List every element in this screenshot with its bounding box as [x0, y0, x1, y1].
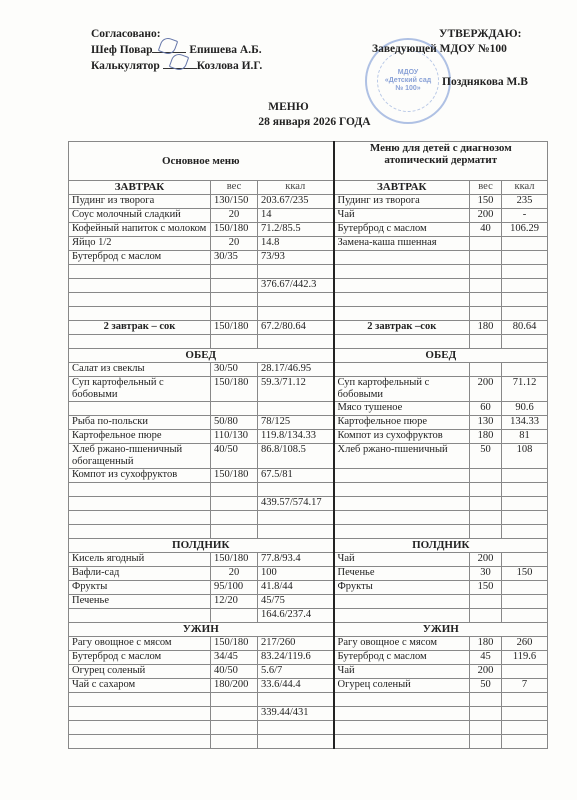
dish-name	[69, 483, 211, 497]
dish-kcal	[258, 402, 334, 416]
dish-kcal	[502, 237, 548, 251]
dish-name	[334, 265, 470, 279]
dish-kcal: 260	[502, 637, 548, 651]
dish-weight	[470, 735, 502, 749]
menu-row: Рагу овощное с мясом150/180217/260Рагу о…	[69, 637, 548, 651]
dish-kcal	[502, 721, 548, 735]
dish-name: Фрукты	[334, 581, 470, 595]
dish-weight	[470, 293, 502, 307]
menu-row: Салат из свеклы30/5028.17/46.95	[69, 363, 548, 377]
dish-kcal	[502, 265, 548, 279]
dish-kcal: 106.29	[502, 223, 548, 237]
dish-kcal	[502, 335, 548, 349]
dish-kcal: 119.8/134.33	[258, 430, 334, 444]
menu-row: Чай с сахаром180/20033.6/44.4Огурец соле…	[69, 679, 548, 693]
dish-name: Яйцо 1/2	[69, 237, 211, 251]
dish-name	[69, 735, 211, 749]
menu-row: Хлеб ржано-пшеничный обогащенный40/5086.…	[69, 444, 548, 469]
dish-kcal: 119.6	[502, 651, 548, 665]
menu-row: Огурец соленый40/505.6/7Чай200	[69, 665, 548, 679]
menu-row	[69, 335, 548, 349]
menu-row	[69, 525, 548, 539]
dish-name	[334, 335, 470, 349]
dish-weight: 30/35	[211, 251, 258, 265]
dish-weight	[211, 511, 258, 525]
dish-kcal	[502, 553, 548, 567]
dish-kcal	[502, 525, 548, 539]
dish-weight: 150	[470, 581, 502, 595]
dish-kcal: 14	[258, 209, 334, 223]
dish-kcal	[502, 707, 548, 721]
signature-icon	[163, 58, 197, 69]
menu-row	[69, 265, 548, 279]
dish-weight: 150/180	[211, 321, 258, 335]
dish-kcal: 339.44/431	[258, 707, 334, 721]
dish-kcal: -	[502, 209, 548, 223]
dish-kcal: 45/75	[258, 595, 334, 609]
dish-kcal	[258, 721, 334, 735]
calc-name: Козлова И.Г.	[197, 60, 263, 72]
dish-weight	[211, 609, 258, 623]
dish-name: Пудинг из творога	[69, 195, 211, 209]
menu-row: Компот из сухофруктов150/18067.5/81	[69, 469, 548, 483]
dish-weight: 50/80	[211, 416, 258, 430]
dish-weight: 45	[470, 651, 502, 665]
menu-date: 28 января 2026 ГОДА	[0, 115, 577, 130]
dish-name: Компот из сухофруктов	[334, 430, 470, 444]
dish-kcal: 439.57/574.17	[258, 497, 334, 511]
menu-row: Фрукты95/10041.8/44Фрукты150	[69, 581, 548, 595]
weight-header: вес	[470, 181, 502, 195]
menu-table: Основное менюМеню для детей с диагнозом …	[68, 141, 548, 749]
dish-name: Рагу овощное с мясом	[334, 637, 470, 651]
dish-kcal	[502, 307, 548, 321]
dish-kcal: 83.24/119.6	[258, 651, 334, 665]
dish-name: Рыба по-польски	[69, 416, 211, 430]
dish-kcal: 134.33	[502, 416, 548, 430]
dish-name	[69, 279, 211, 293]
dish-weight	[211, 265, 258, 279]
dish-kcal	[502, 665, 548, 679]
menu-row	[69, 693, 548, 707]
dish-kcal: 14.8	[258, 237, 334, 251]
dish-kcal: 86.8/108.5	[258, 444, 334, 469]
menu-row: 376.67/442.3	[69, 279, 548, 293]
main-menu-header: Основное меню	[69, 142, 334, 181]
dish-kcal: 71.2/85.5	[258, 223, 334, 237]
dish-weight: 60	[470, 402, 502, 416]
dish-name	[69, 497, 211, 511]
dish-kcal	[502, 511, 548, 525]
dish-name	[334, 735, 470, 749]
dish-kcal: 73/93	[258, 251, 334, 265]
menu-row: Вафли-сад20100Печенье30150	[69, 567, 548, 581]
section-lunch: ОБЕД	[69, 349, 334, 363]
dish-weight: 150/180	[211, 637, 258, 651]
dish-weight	[470, 721, 502, 735]
menu-row: Кофейный напиток с молоком150/18071.2/85…	[69, 223, 548, 237]
dish-kcal: 67.2/80.64	[258, 321, 334, 335]
dish-kcal	[502, 735, 548, 749]
dish-weight	[470, 279, 502, 293]
kcal-header: ккал	[502, 181, 548, 195]
menu-row: Рыба по-польски50/8078/125Картофельное п…	[69, 416, 548, 430]
section-dinner: УЖИН	[69, 623, 334, 637]
dish-kcal: 67.5/81	[258, 469, 334, 483]
dish-weight	[470, 609, 502, 623]
dish-kcal: 71.12	[502, 377, 548, 402]
section-row: ОБЕДОБЕД	[69, 349, 548, 363]
menu-row: Бутерброд с маслом34/4583.24/119.6Бутерб…	[69, 651, 548, 665]
dish-name	[334, 279, 470, 293]
dish-weight: 180	[470, 430, 502, 444]
dish-name: Бутерброд с маслом	[334, 223, 470, 237]
dish-weight	[211, 735, 258, 749]
dish-name: Суп картофельный с бобовыми	[334, 377, 470, 402]
dish-name	[334, 363, 470, 377]
dish-weight: 40	[470, 223, 502, 237]
dish-weight	[470, 469, 502, 483]
dish-kcal	[502, 609, 548, 623]
dish-name	[334, 307, 470, 321]
menu-title: МЕНЮ	[0, 100, 577, 115]
dish-name	[334, 721, 470, 735]
menu-row: 439.57/574.17	[69, 497, 548, 511]
dish-name	[69, 693, 211, 707]
dish-weight: 30/50	[211, 363, 258, 377]
dish-kcal: 150	[502, 567, 548, 581]
menu-row: Яйцо 1/22014.8Замена-каша пшенная	[69, 237, 548, 251]
dish-weight	[211, 525, 258, 539]
dish-kcal: 33.6/44.4	[258, 679, 334, 693]
dish-kcal: 164.6/237.4	[258, 609, 334, 623]
dish-name	[69, 402, 211, 416]
dish-name: Бутерброд с маслом	[334, 651, 470, 665]
dish-name: Компот из сухофруктов	[69, 469, 211, 483]
dish-name: Бутерброд с маслом	[69, 251, 211, 265]
dish-kcal: 59.3/71.12	[258, 377, 334, 402]
dish-weight	[470, 595, 502, 609]
dish-weight: 20	[211, 209, 258, 223]
dish-weight: 200	[470, 209, 502, 223]
dish-name: Бутерброд с маслом	[69, 651, 211, 665]
dish-name	[69, 525, 211, 539]
dish-weight: 130	[470, 416, 502, 430]
dish-kcal	[502, 693, 548, 707]
dish-kcal: 5.6/7	[258, 665, 334, 679]
section-breakfast: ЗАВТРАК	[334, 181, 470, 195]
dish-weight	[470, 497, 502, 511]
dish-weight: 150	[470, 195, 502, 209]
dish-name	[69, 335, 211, 349]
section-row: УЖИНУЖИН	[69, 623, 548, 637]
dish-name	[69, 511, 211, 525]
dish-weight	[211, 721, 258, 735]
dish-weight	[211, 707, 258, 721]
dish-weight: 180/200	[211, 679, 258, 693]
approve-label: УТВЕРЖДАЮ:	[372, 27, 528, 42]
approver-position: Заведующей МДОУ №100	[372, 42, 528, 57]
dish-name	[334, 511, 470, 525]
dish-kcal	[502, 279, 548, 293]
approval-block-right: УТВЕРЖДАЮ: Заведующей МДОУ №100 Поздняко…	[372, 27, 528, 90]
dish-weight	[211, 497, 258, 511]
dish-weight	[211, 483, 258, 497]
menu-row: Бутерброд с маслом30/3573/93	[69, 251, 548, 265]
dish-kcal: 77.8/93.4	[258, 553, 334, 567]
dish-weight: 20	[211, 237, 258, 251]
dish-weight	[211, 335, 258, 349]
dish-weight	[470, 363, 502, 377]
dish-name	[69, 707, 211, 721]
menu-row	[69, 483, 548, 497]
dish-kcal: 203.67/235	[258, 195, 334, 209]
dish-weight	[470, 307, 502, 321]
dish-name	[334, 693, 470, 707]
special-menu-header: Меню для детей с диагнозом атопический д…	[334, 142, 548, 181]
dish-name: Картофельное пюре	[334, 416, 470, 430]
dish-name	[69, 609, 211, 623]
dish-kcal: 235	[502, 195, 548, 209]
dish-weight: 150/180	[211, 223, 258, 237]
dish-weight	[470, 511, 502, 525]
menu-row	[69, 735, 548, 749]
dish-name: Кисель ягодный	[69, 553, 211, 567]
dish-name: Фрукты	[69, 581, 211, 595]
dish-weight: 34/45	[211, 651, 258, 665]
dish-kcal	[502, 469, 548, 483]
dish-weight	[470, 265, 502, 279]
dish-name	[334, 609, 470, 623]
dish-name	[334, 707, 470, 721]
menu-row	[69, 511, 548, 525]
dish-weight	[211, 293, 258, 307]
chef-role: Шеф Повар	[91, 44, 152, 56]
dish-kcal: 28.17/46.95	[258, 363, 334, 377]
dish-kcal: 78/125	[258, 416, 334, 430]
dish-weight: 40/50	[211, 665, 258, 679]
dish-name	[334, 251, 470, 265]
menu-row: Картофельное пюре110/130119.8/134.33Комп…	[69, 430, 548, 444]
chef-name: Епишева А.Б.	[189, 44, 261, 56]
menu-row: 339.44/431	[69, 707, 548, 721]
menu-row: 164.6/237.4	[69, 609, 548, 623]
dish-name: Чай	[334, 665, 470, 679]
dish-weight: 200	[470, 553, 502, 567]
dish-name: Чай с сахаром	[69, 679, 211, 693]
dish-weight: 20	[211, 567, 258, 581]
dish-weight	[470, 693, 502, 707]
dish-weight: 12/20	[211, 595, 258, 609]
dish-kcal: 376.67/442.3	[258, 279, 334, 293]
dish-kcal	[258, 511, 334, 525]
dish-weight: 130/150	[211, 195, 258, 209]
dish-kcal: 80.64	[502, 321, 548, 335]
menu-row	[69, 307, 548, 321]
dish-kcal	[502, 581, 548, 595]
dish-kcal: 7	[502, 679, 548, 693]
signature-icon	[152, 42, 186, 53]
dish-name: Чай	[334, 209, 470, 223]
dish-weight: 110/130	[211, 430, 258, 444]
dish-name: Огурец соленый	[69, 665, 211, 679]
dish-name: Замена-каша пшенная	[334, 237, 470, 251]
section-snack: ПОЛДНИК	[69, 539, 334, 553]
dish-weight: 50	[470, 444, 502, 469]
dish-kcal	[258, 483, 334, 497]
dish-name	[334, 497, 470, 511]
dish-weight: 30	[470, 567, 502, 581]
section-row: ЗАВТРАКвесккалЗАВТРАКвесккал	[69, 181, 548, 195]
dish-kcal	[258, 265, 334, 279]
menu-row: Соус молочный сладкий2014Чай200-	[69, 209, 548, 223]
section-snack: ПОЛДНИК	[334, 539, 548, 553]
dish-name: Салат из свеклы	[69, 363, 211, 377]
dish-name: Рагу овощное с мясом	[69, 637, 211, 651]
dish-kcal: 108	[502, 444, 548, 469]
dish-name: Чай	[334, 553, 470, 567]
dish-weight	[470, 525, 502, 539]
weight-header: вес	[211, 181, 258, 195]
dish-weight	[470, 237, 502, 251]
dish-weight: 200	[470, 665, 502, 679]
dish-name: Вафли-сад	[69, 567, 211, 581]
dish-kcal	[502, 251, 548, 265]
dish-weight	[470, 251, 502, 265]
dish-weight: 180	[470, 637, 502, 651]
dish-weight	[211, 279, 258, 293]
dish-weight: 150/180	[211, 377, 258, 402]
dish-weight: 200	[470, 377, 502, 402]
dish-kcal: 217/260	[258, 637, 334, 651]
dish-name	[334, 483, 470, 497]
dish-name: Суп картофельный с бобовыми	[69, 377, 211, 402]
approver-name: Позднякова М.В	[372, 75, 528, 90]
dish-kcal	[258, 525, 334, 539]
dish-weight	[211, 402, 258, 416]
header-row: Основное менюМеню для детей с диагнозом …	[69, 142, 548, 181]
dish-weight	[470, 707, 502, 721]
calc-line: Калькулятор Козлова И.Г.	[91, 58, 262, 74]
kcal-header: ккал	[258, 181, 334, 195]
menu-row: Кисель ягодный150/18077.8/93.4Чай200	[69, 553, 548, 567]
dish-name: Печенье	[334, 567, 470, 581]
menu-row: Печенье12/2045/75	[69, 595, 548, 609]
dish-weight: 150/180	[211, 553, 258, 567]
second-breakfast: 2 завтрак – сок	[69, 321, 211, 335]
dish-name: Мясо тушеное	[334, 402, 470, 416]
dish-kcal	[258, 335, 334, 349]
dish-kcal: 81	[502, 430, 548, 444]
menu-row: 2 завтрак – сок150/18067.2/80.642 завтра…	[69, 321, 548, 335]
dish-weight: 150/180	[211, 469, 258, 483]
dish-weight: 40/50	[211, 444, 258, 469]
dish-name	[334, 525, 470, 539]
document-title: МЕНЮ 28 января 2026 ГОДА	[0, 100, 577, 130]
dish-name: Огурец соленый	[334, 679, 470, 693]
dish-kcal: 41.8/44	[258, 581, 334, 595]
dish-weight	[211, 307, 258, 321]
dish-kcal	[502, 497, 548, 511]
dish-name	[69, 265, 211, 279]
dish-name: Соус молочный сладкий	[69, 209, 211, 223]
dish-name	[69, 721, 211, 735]
dish-name: Картофельное пюре	[69, 430, 211, 444]
calc-role: Калькулятор	[91, 60, 160, 72]
dish-kcal	[502, 293, 548, 307]
dish-name: Пудинг из творога	[334, 195, 470, 209]
approval-block-left: Согласовано: Шеф Повар Епишева А.Б. Каль…	[91, 27, 262, 74]
second-breakfast: 2 завтрак –сок	[334, 321, 470, 335]
dish-weight	[470, 335, 502, 349]
dish-weight: 50	[470, 679, 502, 693]
dish-name	[69, 307, 211, 321]
menu-row: Суп картофельный с бобовыми150/18059.3/7…	[69, 377, 548, 402]
dish-name: Хлеб ржано-пшеничный обогащенный	[69, 444, 211, 469]
dish-name	[334, 595, 470, 609]
dish-kcal	[502, 595, 548, 609]
dish-kcal	[258, 307, 334, 321]
menu-row	[69, 721, 548, 735]
section-lunch: ОБЕД	[334, 349, 548, 363]
dish-weight: 95/100	[211, 581, 258, 595]
dish-name	[334, 293, 470, 307]
dish-kcal	[258, 693, 334, 707]
section-breakfast: ЗАВТРАК	[69, 181, 211, 195]
menu-row: Пудинг из творога130/150203.67/235Пудинг…	[69, 195, 548, 209]
dish-weight	[470, 483, 502, 497]
menu-row: Мясо тушеное6090.6	[69, 402, 548, 416]
dish-name: Печенье	[69, 595, 211, 609]
dish-kcal	[502, 483, 548, 497]
dish-weight	[211, 693, 258, 707]
dish-name	[69, 293, 211, 307]
dish-name: Кофейный напиток с молоком	[69, 223, 211, 237]
dish-weight: 180	[470, 321, 502, 335]
dish-kcal	[502, 363, 548, 377]
section-row: ПОЛДНИКПОЛДНИК	[69, 539, 548, 553]
section-dinner: УЖИН	[334, 623, 548, 637]
dish-kcal	[258, 293, 334, 307]
menu-row	[69, 293, 548, 307]
dish-name: Хлеб ржано-пшеничный	[334, 444, 470, 469]
dish-kcal: 90.6	[502, 402, 548, 416]
dish-kcal: 100	[258, 567, 334, 581]
dish-name	[334, 469, 470, 483]
dish-kcal	[258, 735, 334, 749]
